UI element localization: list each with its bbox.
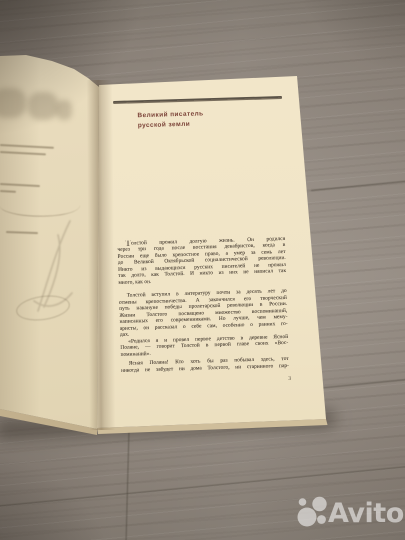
listing-photo: Великий писатель русской земли Толстой п… [0,0,405,540]
chapter-heading: Великий писатель русской земли [137,109,204,130]
page-number: 3 [288,376,291,382]
chapter-rule [113,96,282,104]
chapter-heading-line: Великий писатель [137,109,203,121]
avito-bubbles-icon [292,490,328,530]
book-gutter-shadow [86,80,115,430]
right-page-content: Великий писатель русской земли Толстой п… [110,0,291,440]
body-text: Толстой прожил долгую жизнь. Он родился … [117,236,289,375]
avito-watermark-label: Avito [328,500,404,527]
chapter-heading-line: русской земли [138,119,204,131]
